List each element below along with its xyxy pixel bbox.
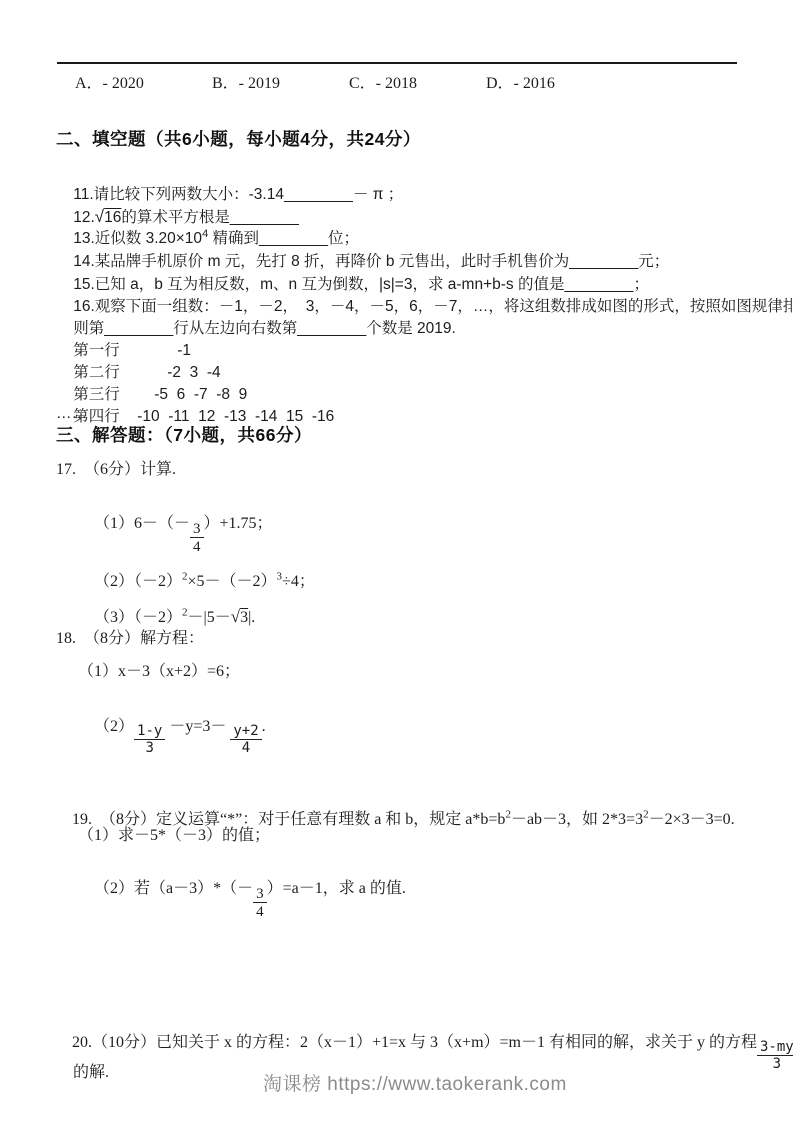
watermark-footer: 淘课榜 https://www.taokerank.com: [263, 1069, 567, 1096]
question-19-part2: （2）若（a－3）*（－34）=a－1，求 a 的值.: [78, 859, 406, 933]
q17p1-tail: ）+1.75；: [204, 515, 273, 532]
q17p3-mid: －|5－: [188, 609, 231, 626]
section2-title: 二、填空题（共6小题，每小题4分，共24分）: [56, 129, 421, 149]
q19p2-tail: ）=a－1，求 a 的值.: [267, 880, 406, 897]
exam-document-page: A．- 2020B．- 2019C．- 2018D．- 2016 二、填空题（共…: [0, 0, 793, 1122]
q16-mid: 行从左边向右数第: [173, 320, 297, 337]
q16-end: 个数是 2019.: [366, 320, 456, 337]
sqrt-icon: √: [231, 607, 240, 626]
pyramid-ellipsis: ……: [56, 404, 87, 424]
fraction-denominator: 4: [242, 740, 250, 756]
fraction-numerator: 3-my: [757, 1040, 793, 1056]
fraction-numerator: 3: [253, 886, 267, 903]
q17p2-tail: ÷4；: [282, 573, 315, 590]
fraction-1-y-over-3: 1-y3: [134, 724, 165, 756]
q17p3-text: （3）（－2）: [94, 609, 182, 626]
divider-line: [57, 62, 737, 64]
fraction-denominator: 3: [145, 740, 153, 756]
option-b: B．- 2019: [212, 74, 349, 94]
choice-options-row: A．- 2020B．- 2019C．- 2018D．- 2016: [75, 74, 623, 94]
question-18-title: 18. （8分）解方程：: [56, 629, 204, 649]
question-17-title: 17. （6分）计算.: [56, 460, 176, 480]
q19p2-text: （2）若（a－3）*（－: [94, 880, 253, 897]
q19-mid: －ab－3，如 2*3=3: [511, 811, 643, 828]
q18p2-label: （2）: [94, 718, 134, 735]
q11-tail: － π ；: [353, 186, 403, 203]
option-a: A．- 2020: [75, 74, 212, 94]
fraction-3-my-over-3: 3-my3: [757, 1040, 793, 1072]
q17p3-radicand: 3: [240, 609, 248, 626]
fraction-numerator: 1-y: [134, 724, 165, 740]
question-18-part1: （1）x－3（x+2）=6；: [78, 662, 240, 682]
fraction-denominator: 4: [256, 903, 264, 920]
question-20-line2: 的解.: [73, 1063, 109, 1083]
q18p2-tail: .: [262, 718, 266, 735]
fraction-y-plus-2-over-4: y+24: [230, 724, 261, 756]
q17p3-tail: |.: [248, 609, 255, 626]
question-18-part2: （2）1-y3 －y=3－ y+24.: [78, 697, 266, 769]
fraction-denominator: 3: [773, 1056, 781, 1072]
q16-blank-2: ________: [297, 320, 366, 337]
option-d: D．- 2016: [486, 74, 623, 94]
pyramid-row-numbers: -10 -11 12 -13 -14 15 -16: [137, 408, 334, 425]
option-c: C．- 2018: [349, 74, 486, 94]
fraction-3-4: 34: [190, 521, 204, 555]
fraction-numerator: y+2: [230, 724, 261, 740]
fraction-numerator: 3: [190, 521, 204, 538]
q20-text: 20.（10分）已知关于 x 的方程：2（x－1）+1=x 与 3（x+m）=m…: [72, 1034, 757, 1051]
q17p1-text: （1）6－（－: [94, 515, 190, 532]
question-19-part1: （1）求－5*（－3）的值；: [78, 826, 270, 846]
fraction-3-4: 34: [253, 886, 267, 920]
q19-tail: －2×3－3=0.: [649, 811, 735, 828]
section3-title: 三、解答题：（7小题，共66分）: [56, 425, 312, 445]
q18p2-mid: －y=3－: [165, 718, 230, 735]
